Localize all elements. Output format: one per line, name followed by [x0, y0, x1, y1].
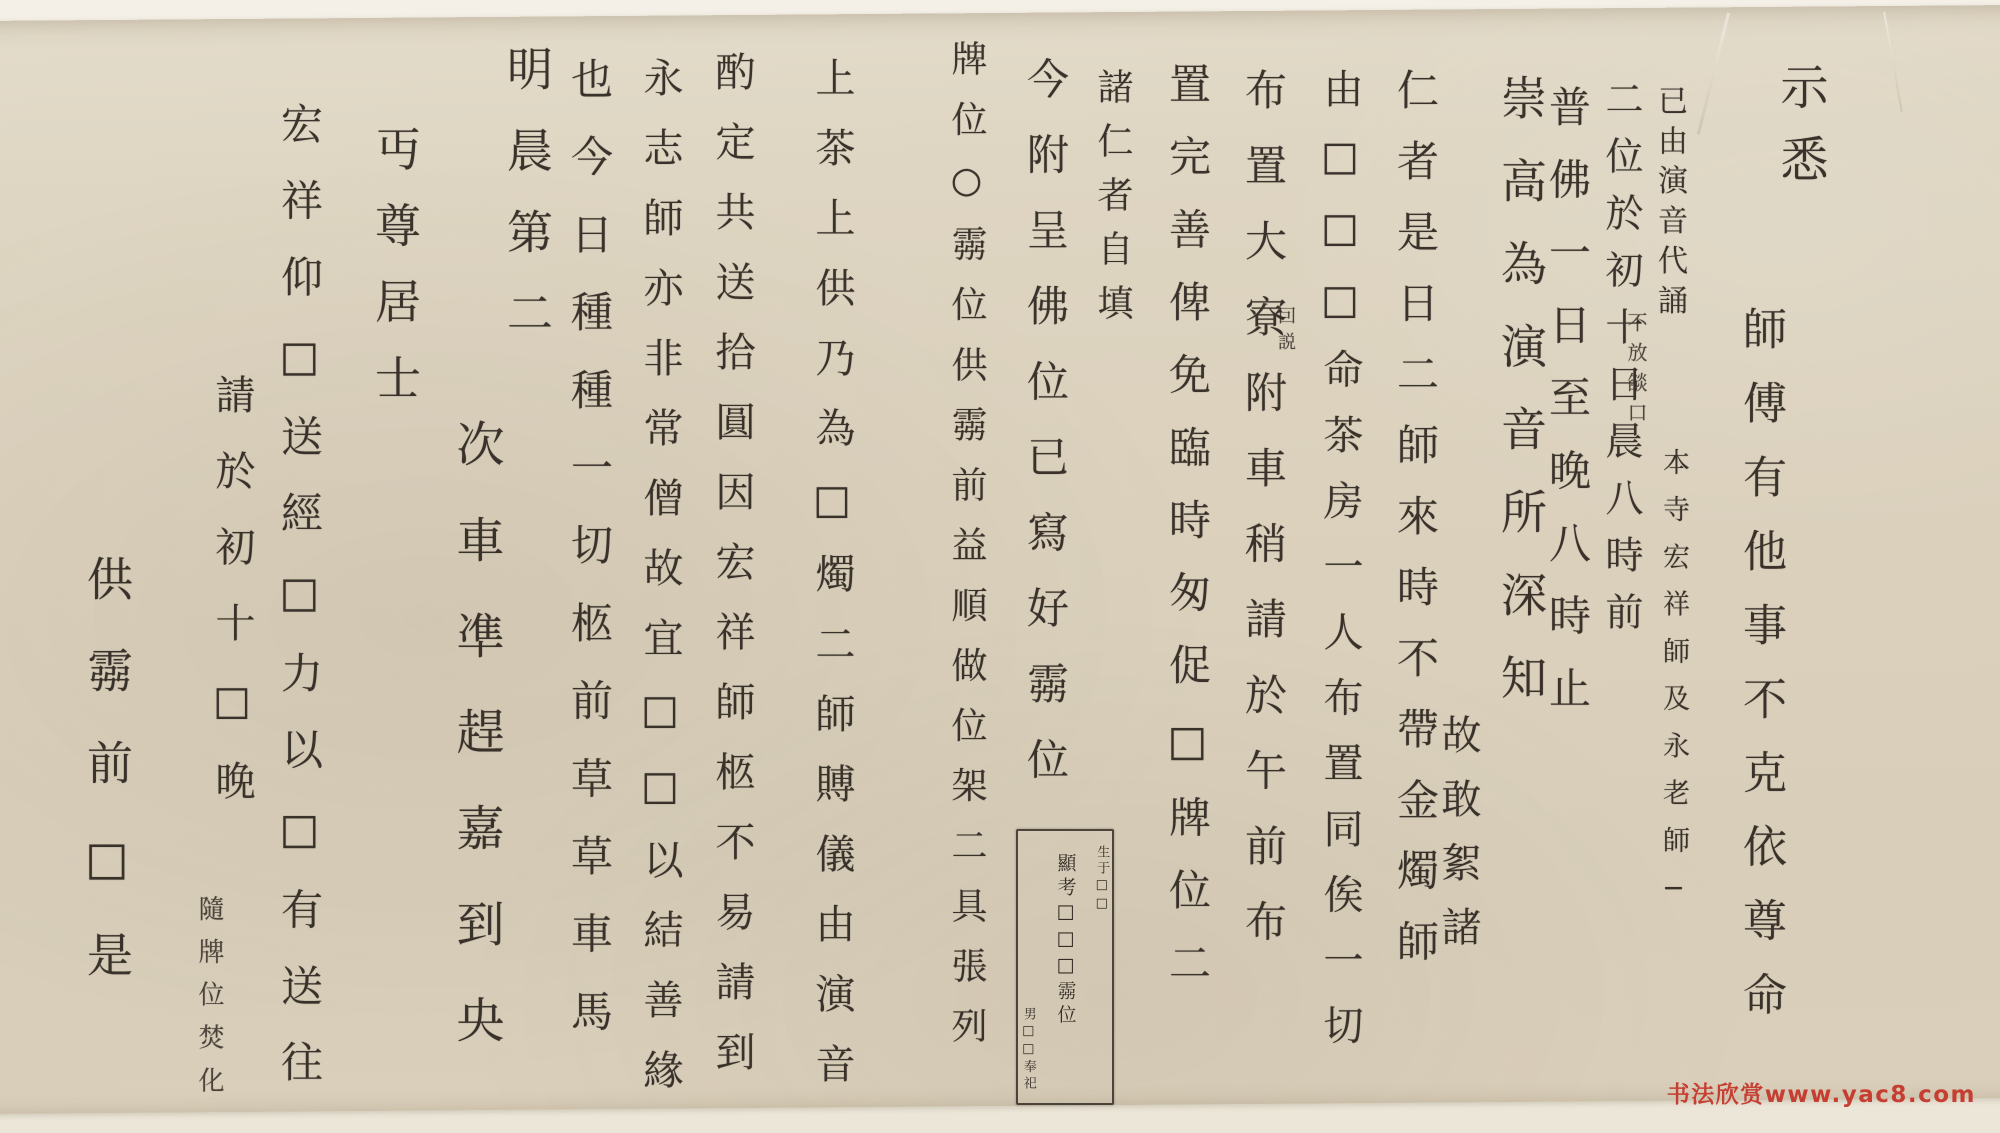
calligraphy-column-c08: 故敢絮諸 — [1438, 714, 1478, 970]
calligraphy-column-c05n: 不放燄口 — [1626, 312, 1646, 432]
site-watermark: 书法欣赏www.yac8.com — [1667, 1076, 1976, 1109]
calligraphy-column-c01: 示悉 — [1776, 62, 1824, 206]
calligraphy-column-c04: 本寺宏祥師及永老師─ — [1660, 448, 1687, 925]
calligraphy-column-c21: 次車凖趕嘉到央 — [452, 419, 500, 1091]
calligraphy-column-c12: 置完善俾免臨時匆促□牌位二 — [1166, 62, 1208, 1014]
tablet-column-right: 生于□□ — [1095, 845, 1108, 914]
calligraphy-column-c24: 請於初十□晚 — [212, 374, 252, 836]
calligraphy-column-c15: 牌位○霛位供霛前益順做位架二具張列 — [948, 40, 984, 1067]
calligraphy-scan: 示悉師傅有他事不克依尊命已由演音代誦本寺宏祥師及永老師─二位於初十日晨八時前不放… — [0, 0, 2000, 1133]
calligraphy-column-c14: 今附呈佛位已寫好霛位 — [1024, 57, 1066, 813]
tablet-column-center: 顯考□□□霛位 — [1056, 853, 1075, 1028]
tablet-column-left: 男□□奉祀 — [1022, 1007, 1035, 1092]
calligraphy-column-c16: 上茶上供乃為□燭二師賻儀由演音 — [812, 57, 852, 1113]
calligraphy-column-c03: 已由演音代誦 — [1654, 85, 1684, 324]
calligraphy-column-c11: 布置大寮附車稍請於午前布 — [1242, 68, 1284, 975]
calligraphy-column-c24n: 隨牌位焚化 — [196, 895, 222, 1110]
calligraphy-column-c18: 永志師亦非常僧故宜□□以結善緣 — [640, 57, 680, 1119]
calligraphy-column-c23: 宏祥仰□送經□力以□有送往 — [278, 102, 320, 1117]
calligraphy-column-c19: 也今日種種一切柩前草草車馬 — [568, 57, 610, 1067]
calligraphy-column-c09: 仁者是日二師來時不帶金燭師 — [1394, 68, 1436, 991]
calligraphy-column-c10: 由□□□命茶房一人布置同俟一切 — [1320, 68, 1360, 1070]
calligraphy-column-c25: 供霛前□是 — [84, 555, 130, 1023]
calligraphy-column-c22: 丏尊居士 — [372, 125, 418, 430]
calligraphy-column-c07: 崇高為演音所深知 — [1498, 74, 1544, 736]
calligraphy-column-c17: 酌定共送拾圓因宏祥師柩不易請到 — [712, 51, 752, 1101]
calligraphy-column-c20: 明晨第二 — [504, 45, 550, 371]
calligraphy-column-c06: 普佛一日至晚八時止 — [1546, 85, 1588, 739]
tablet-diagram: 生于□□顯考□□□霛位男□□奉祀 — [1016, 829, 1114, 1105]
calligraphy-column-c02: 師傅有他事不克依尊命 — [1738, 306, 1782, 1045]
calligraphy-column-c13: 諸仁者自填 — [1094, 68, 1130, 338]
